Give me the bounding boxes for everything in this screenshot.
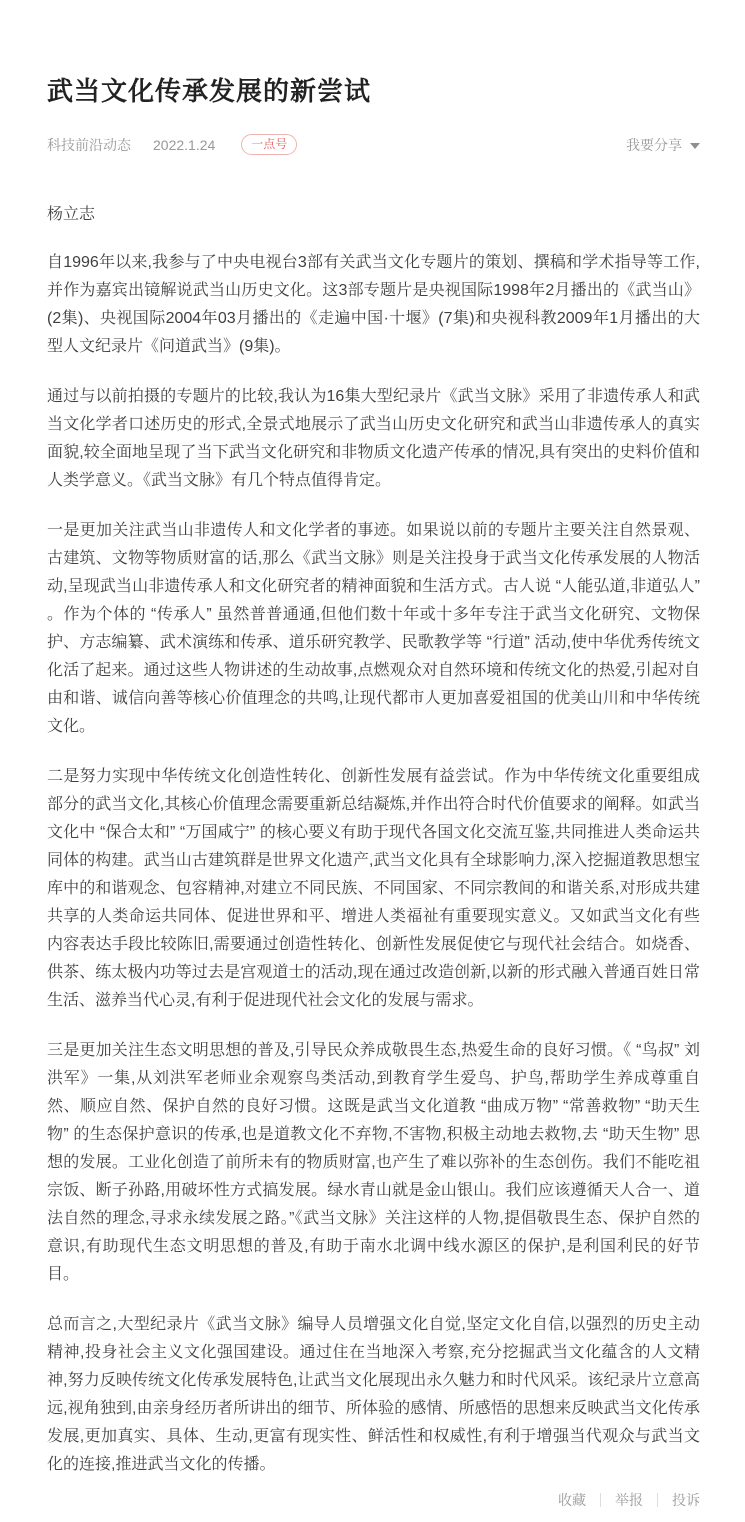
paragraph-3: 一是更加关注武当山非遗传人和文化学者的事迹。如果说以前的专题片主要关注自然景观、… <box>47 517 700 741</box>
paragraph-2: 通过与以前拍摄的专题片的比较,我认为16集大型纪录片《武当文脉》采用了非遗传承人… <box>47 383 700 495</box>
author-name: 杨立志 <box>47 201 700 229</box>
share-button[interactable]: 我要分享 <box>626 135 700 155</box>
favorite-button[interactable]: 收藏 <box>544 1490 600 1510</box>
footer-actions: 收藏 举报 投诉 <box>544 1490 700 1510</box>
paragraph-4: 二是努力实现中华传统文化创造性转化、创新性发展有益尝试。作为中华传统文化重要组成… <box>47 763 700 1015</box>
report-button[interactable]: 举报 <box>601 1490 657 1510</box>
article-content: 武当文化传承发展的新尝试 科技前沿动态 2022.1.24 一点号 我要分享 杨… <box>0 0 745 1479</box>
chevron-down-icon <box>690 143 700 149</box>
paragraph-5: 三是更加关注生态文明思想的普及,引导民众养成敬畏生态,热爱生命的良好习惯。《 “… <box>47 1037 700 1289</box>
page-title: 武当文化传承发展的新尝试 <box>47 74 700 108</box>
paragraph-6: 总而言之,大型纪录片《武当文脉》编导人员增强文化自觉,坚定文化自信,以强烈的历史… <box>47 1311 700 1479</box>
publish-date: 2022.1.24 <box>153 137 215 153</box>
source-name[interactable]: 科技前沿动态 <box>47 135 131 155</box>
yidianhao-badge: 一点号 <box>241 134 297 155</box>
article-page: 武当文化传承发展的新尝试 科技前沿动态 2022.1.24 一点号 我要分享 杨… <box>0 0 745 1522</box>
complaint-button[interactable]: 投诉 <box>658 1490 700 1510</box>
meta-row: 科技前沿动态 2022.1.24 一点号 我要分享 <box>47 134 700 155</box>
share-label: 我要分享 <box>626 135 682 155</box>
paragraph-1: 自1996年以来,我参与了中央电视台3部有关武当文化专题片的策划、撰稿和学术指导… <box>47 249 700 361</box>
article-body: 杨立志 自1996年以来,我参与了中央电视台3部有关武当文化专题片的策划、撰稿和… <box>47 201 700 1479</box>
